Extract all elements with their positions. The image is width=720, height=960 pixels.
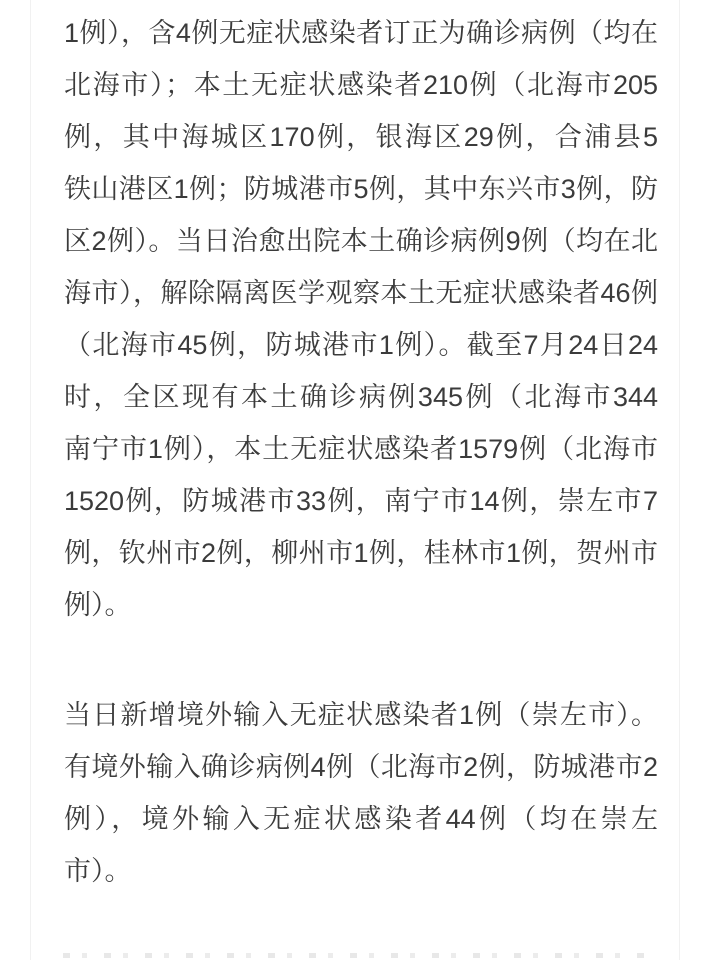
text-line: 铁山港区1例；防城港市5例，其中东兴市3例，防城	[64, 163, 658, 215]
text-line: 区2例）。当日治愈出院本土确诊病例9例（均在北	[64, 215, 658, 267]
text-line: 海市），解除隔离医学观察本土无症状感染者46例	[64, 267, 658, 319]
article-scroll-area[interactable]: 1例），含4例无症状感染者订正为确诊病例（均在 北海市）；本土无症状感染者210…	[30, 0, 680, 960]
text-line: 南宁市1例），本土无症状感染者1579例（北海市	[64, 423, 658, 475]
text-line: 市）。	[64, 845, 658, 897]
paragraph: 当日新增境外输入无症状感染者1例（崇左市）。现 有境外输入确诊病例4例（北海市2…	[64, 689, 658, 897]
text-line: 当日新增境外输入无症状感染者1例（崇左市）。现	[64, 689, 658, 741]
text-line: 例，钦州市2例，柳州市1例，桂林市1例，贺州市1	[64, 527, 658, 579]
text-line: 北海市）；本土无症状感染者210例（北海市205	[64, 59, 658, 111]
text-line: （北海市45例，防城港市1例）。截至7月24日24	[64, 319, 658, 371]
clipped-next-line	[63, 953, 655, 958]
text-line: 1520例，防城港市33例，南宁市14例，崇左市7	[64, 475, 658, 527]
text-line: 例，其中海城区170例，银海区29例，合浦县5例，	[64, 111, 658, 163]
document-page: { "page": { "background_color": "#ffffff…	[0, 0, 720, 960]
text-line: 时，全区现有本土确诊病例345例（北海市344例，	[64, 371, 658, 423]
paragraph: 1例），含4例无症状感染者订正为确诊病例（均在 北海市）；本土无症状感染者210…	[64, 7, 658, 631]
text-line: 例），境外输入无症状感染者44例（均在崇左	[64, 793, 658, 845]
text-line: 例）。	[64, 579, 658, 631]
article-text-block: 1例），含4例无症状感染者订正为确诊病例（均在 北海市）；本土无症状感染者210…	[64, 7, 658, 955]
text-line: 1例），含4例无症状感染者订正为确诊病例（均在	[64, 7, 658, 59]
text-line: 有境外输入确诊病例4例（北海市2例，防城港市2	[64, 741, 658, 793]
